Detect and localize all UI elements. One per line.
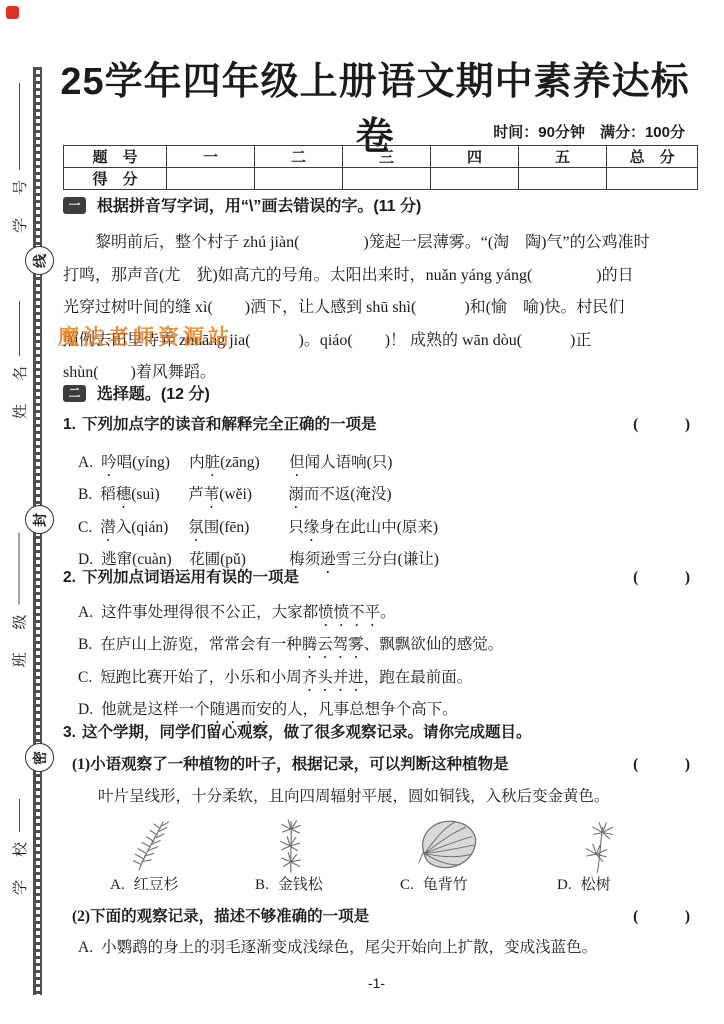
score-cell-4: 四 <box>431 146 519 168</box>
seal-char-xian: 线 <box>25 246 54 275</box>
question-3-text: 这个学期，同学们留心观察，做了很多观察记录。请你完成题目。 <box>82 724 532 741</box>
q2-option-a: A.这件事处理得很不公正，大家都愤愤不平。 <box>63 601 690 625</box>
q3-sub2-option-a: A.小鹦鹉的身上的羽毛逐渐变成浅绿色，尾尖开始向上扩散，变成浅蓝色。 <box>63 936 690 960</box>
question-1: 1.下列加点字的读音和解释完全正确的一项是 ( ) <box>63 413 690 437</box>
question-1-text: 下列加点字的读音和解释完全正确的一项是 <box>82 416 377 433</box>
paragraph-line-3: 光穿过树叶间的缝 xì( )洒下，让人感到 shū shì( )和(愉 喻)快。… <box>63 296 690 320</box>
class-fill-line <box>18 533 20 605</box>
score-blank-1 <box>167 168 255 190</box>
section2-title: 选择题。(12 分) <box>97 386 210 403</box>
q3-sub1-answer-bracket: ( ) <box>633 753 690 777</box>
page-title: 25学年四年级上册语文期中素养达标卷 <box>55 50 695 160</box>
class-label: 班 级 <box>8 610 29 667</box>
q1-option-a: A.吟唱(yíng)内脏(zāng)但闻人语响(只) <box>63 451 690 475</box>
score-blank-2 <box>255 168 343 190</box>
page-number: -1- <box>63 975 690 991</box>
question-3: 3.这个学期，同学们留心观察，做了很多观察记录。请你完成题目。 <box>63 721 690 745</box>
score-cell-3: 三 <box>343 146 431 168</box>
red-marker-icon <box>6 6 19 19</box>
q3-sub1: (1)小语观察了一种植物的叶子，根据记录，可以判断这种植物是 ( ) <box>63 753 690 777</box>
q3-sub2-answer-bracket: ( ) <box>633 905 690 929</box>
q3-sub2-text: 下面的观察记录，描述不够准确的一项是 <box>90 908 369 925</box>
q3-sub1-label: (1) <box>72 756 90 773</box>
section1-badge: 一 <box>63 197 86 214</box>
score-blank-3 <box>343 168 431 190</box>
watermark-text: 魔法老师资源站 <box>58 321 233 351</box>
q3-sub2-label: (2) <box>72 908 90 925</box>
section2-header: 二 选择题。(12 分) <box>63 383 690 407</box>
q1-option-b: B.稻穗(suì)芦苇(wěi)溺而不返(淹没) <box>63 483 690 507</box>
plant-image-jinqiansong <box>272 818 310 879</box>
student-id-fill-line <box>18 83 20 170</box>
plant-image-hongdoushan <box>128 818 174 879</box>
question-2: 2.下列加点词语运用有误的一项是 ( ) <box>63 566 690 590</box>
question-2-answer-bracket: ( ) <box>633 566 690 590</box>
q2-option-d: D.他就是这样一个随遇而安的人，凡事总想争个高下。 <box>63 698 690 722</box>
section2-badge: 二 <box>63 385 86 402</box>
score-cell-1: 一 <box>167 146 255 168</box>
school-fill-line <box>18 799 20 832</box>
q1-option-c: C.潜入(qián)氛围(fēn)只缘身在此山中(原来) <box>63 516 690 540</box>
student-id-label: 学 号 <box>9 176 30 233</box>
seal-char-mi: 密 <box>25 743 54 772</box>
name-fill-line <box>18 301 20 356</box>
score-blank-total <box>607 168 698 190</box>
school-blank: 学 校 <box>8 799 30 895</box>
exam-meta: 时间：90分钟 满分：100分 <box>63 121 685 142</box>
question-2-number: 2. <box>63 569 76 586</box>
plant-image-songshu <box>582 820 618 879</box>
score-blank-4 <box>431 168 519 190</box>
q3-observation-record: 叶片呈线形，十分柔软，且向四周辐射平展，圆如铜钱，入秋后变金黄色。 <box>63 785 690 809</box>
score-table: 题 号 一 二 三 四 五 总 分 得 分 <box>63 145 698 190</box>
seal-char-feng: 封 <box>25 505 54 534</box>
plant-image-guibeizhu <box>415 815 481 878</box>
q3-sub1-text: 小语观察了一种植物的叶子，根据记录，可以判断这种植物是 <box>90 756 509 773</box>
section1-header: 一 根据拼音写字词，用“\”画去错误的字。(11 分) <box>63 195 690 219</box>
student-id-blank: 学 号 <box>8 83 30 233</box>
score-cell-defen: 得 分 <box>64 168 167 190</box>
name-label: 姓 名 <box>9 362 30 419</box>
score-cell-tihao: 题 号 <box>64 146 167 168</box>
section1-title: 根据拼音写字词，用“\”画去错误的字。(11 分) <box>97 198 421 215</box>
paragraph-line-5: shùn( )着风舞蹈。 <box>63 361 690 385</box>
name-blank: 姓 名 <box>8 301 30 419</box>
paragraph-line-1: 黎明前后，整个村子 zhú jiàn( )笼起一层薄雾。“(淘 陶)气”的公鸡准… <box>63 231 690 255</box>
score-table-header-row: 题 号 一 二 三 四 五 总 分 <box>64 146 698 168</box>
score-cell-total: 总 分 <box>607 146 698 168</box>
question-1-answer-bracket: ( ) <box>633 413 690 437</box>
school-label: 学 校 <box>9 838 30 895</box>
q2-option-c: C.短跑比赛开始了，小乐和小周齐头并进，跑在最前面。 <box>63 666 690 690</box>
score-cell-2: 二 <box>255 146 343 168</box>
paragraph-line-2: 打鸣，那声音(尤 犹)如高亢的号角。太阳出来时，nuǎn yáng yáng( … <box>63 264 690 288</box>
question-3-number: 3. <box>63 724 76 741</box>
question-2-text: 下列加点词语运用有误的一项是 <box>82 569 299 586</box>
q3-sub2: (2)下面的观察记录，描述不够准确的一项是 ( ) <box>63 905 690 929</box>
class-blank: 班 级 <box>8 533 30 668</box>
score-cell-5: 五 <box>519 146 607 168</box>
score-blank-5 <box>519 168 607 190</box>
exam-paper-page: 学 号 线 姓 名 封 班 级 密 学 校 25学年四年级上册语文期中素养达标卷… <box>0 0 724 1024</box>
question-1-number: 1. <box>63 416 76 433</box>
q2-option-b: B.在庐山上游览，常常会有一种腾云驾雾、飘飘欲仙的感觉。 <box>63 633 690 657</box>
score-table-score-row: 得 分 <box>64 168 698 190</box>
